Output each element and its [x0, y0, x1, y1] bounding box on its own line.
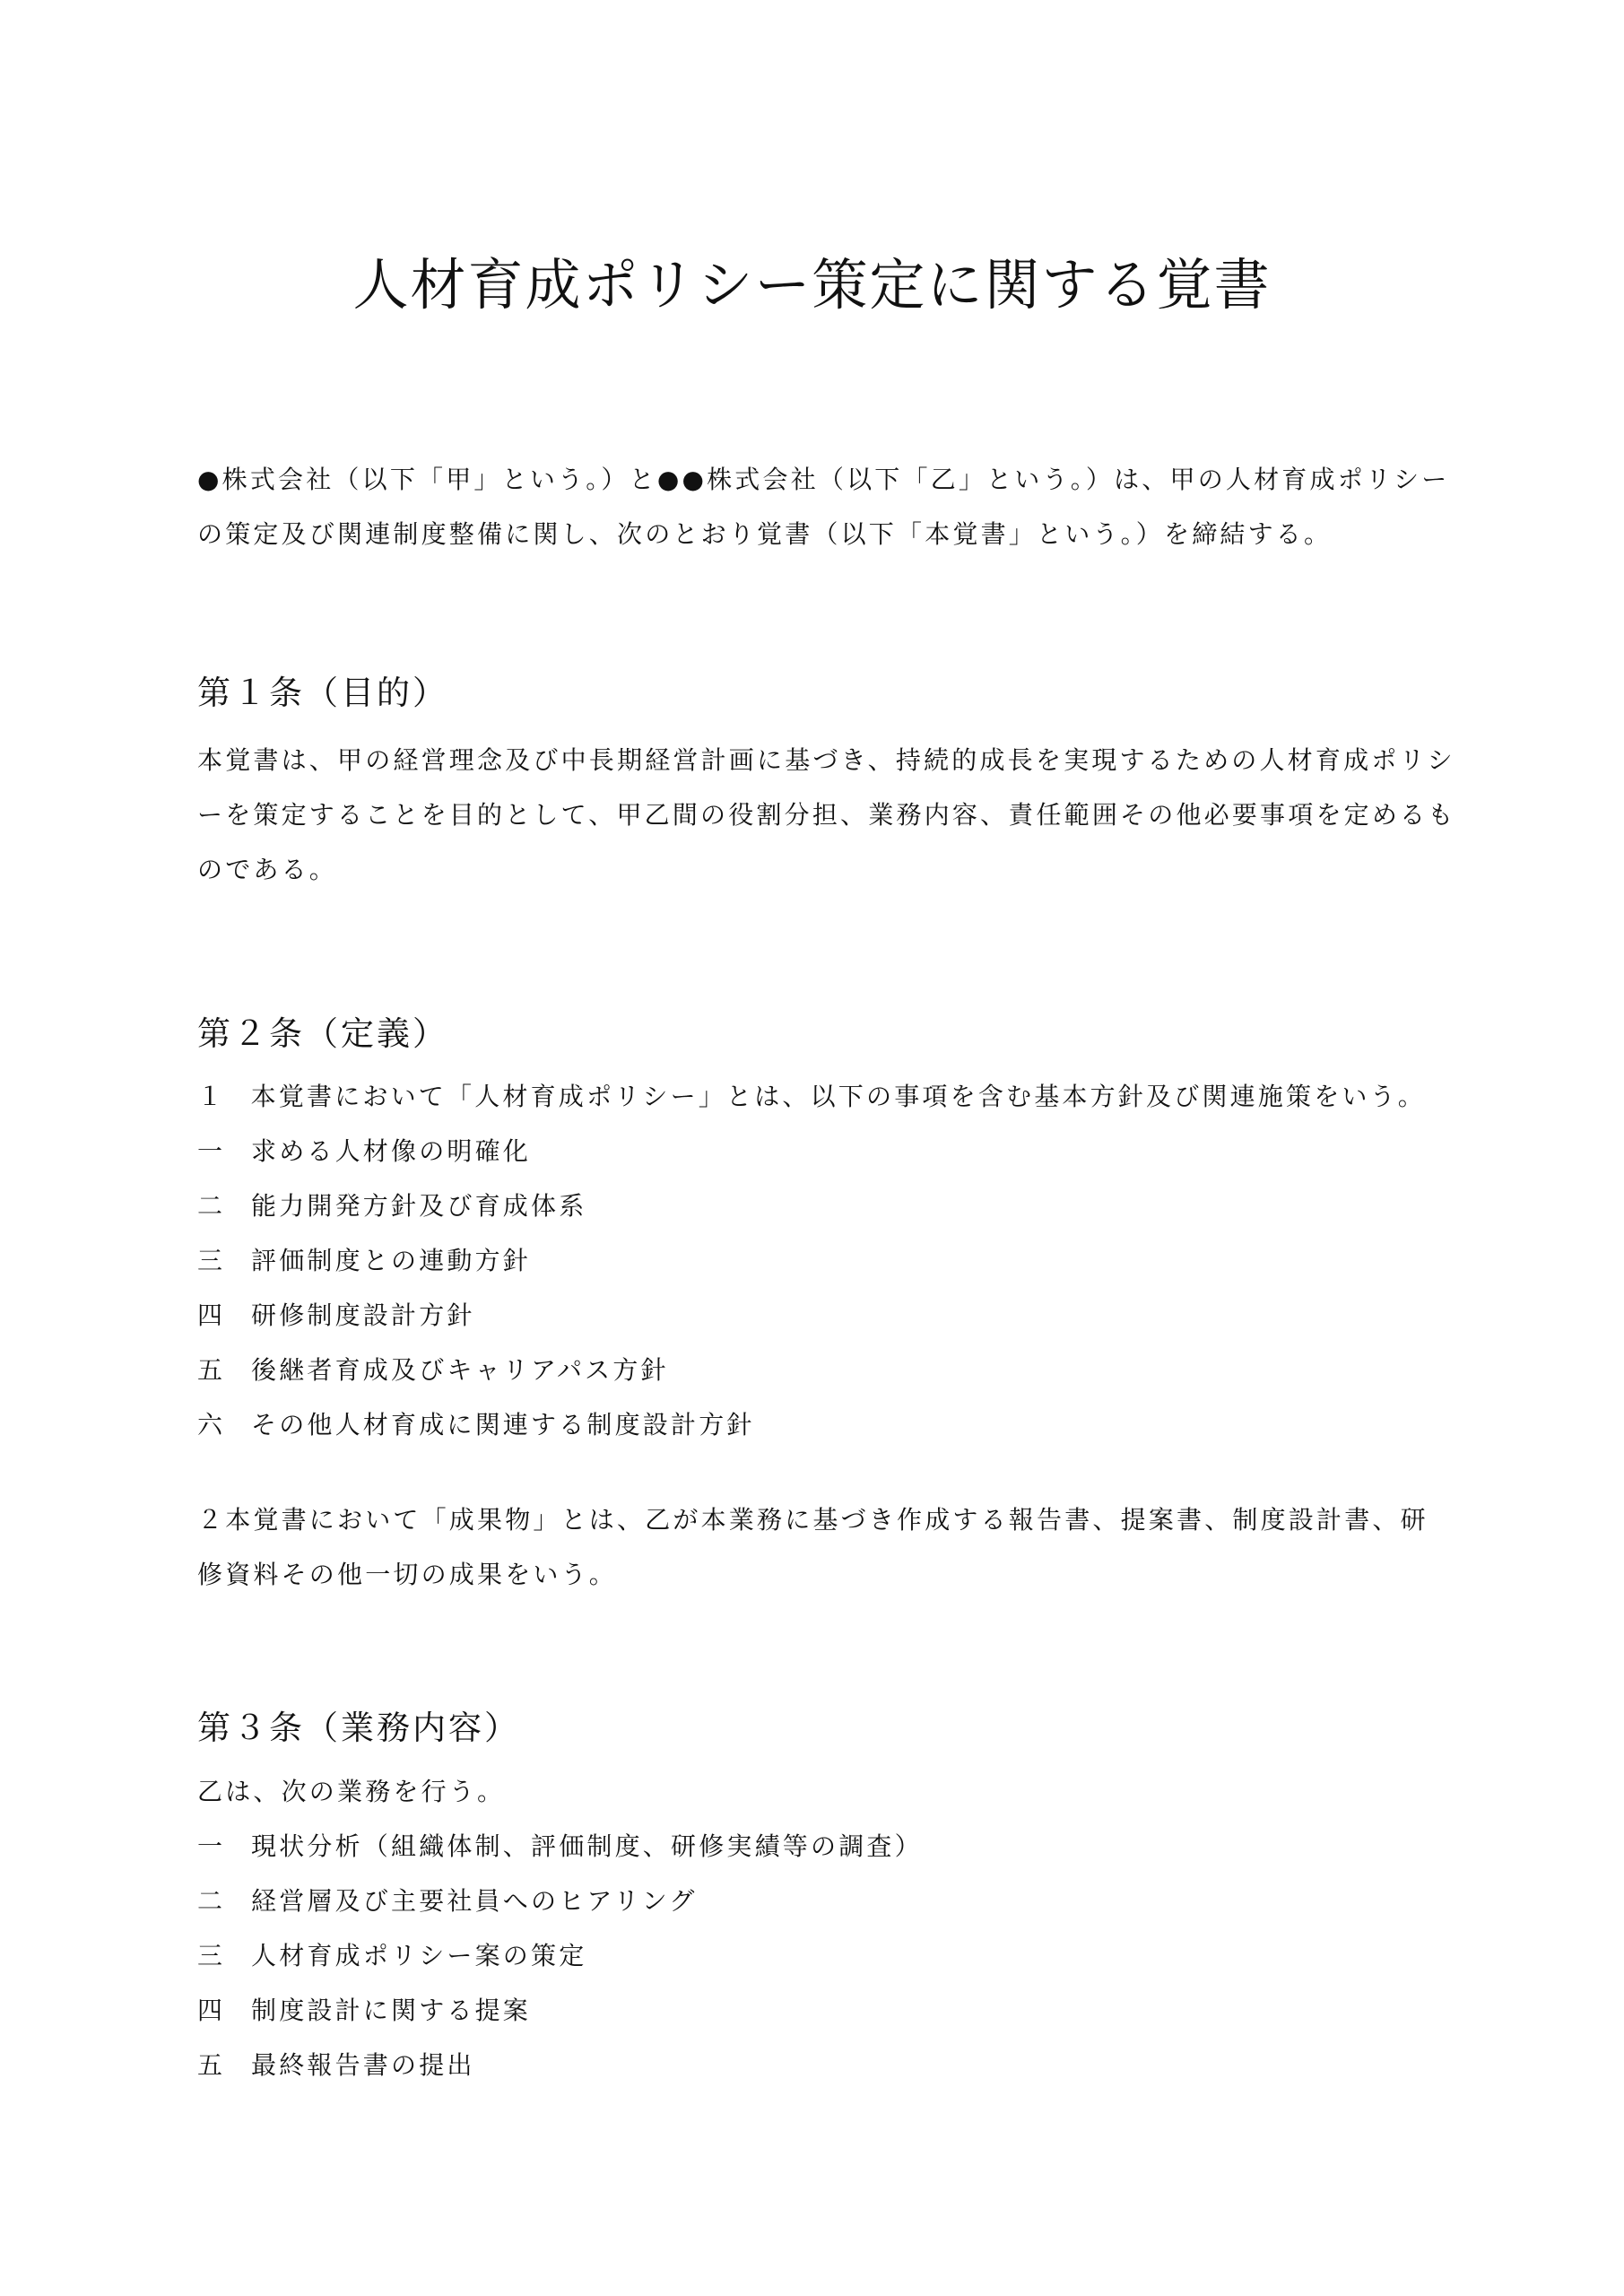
article-2-clause-1: １ 本覚書において「人材育成ポリシー」とは、以下の事項を含む基本方針及び関連施策…	[197, 1069, 1426, 1452]
item-number: 三	[197, 1928, 251, 1983]
list-item: 一 求める人材像の明確化	[197, 1124, 1426, 1178]
item-text: 評価制度との連動方針	[251, 1233, 531, 1288]
article-2-heading: 第２条（定義）	[197, 1012, 448, 1057]
preamble-line: ●株式会社（以下「甲」という。）と●●株式会社（以下「乙」という。）は、甲の人材…	[197, 452, 1426, 507]
item-text: 研修制度設計方針	[251, 1288, 475, 1343]
list-item: 三 評価制度との連動方針	[197, 1233, 1426, 1288]
list-item: 一 現状分析（組織体制、評価制度、研修実績等の調査）	[197, 1819, 1426, 1874]
item-number: 三	[197, 1233, 251, 1288]
list-item: 二 経営層及び主要社員へのヒアリング	[197, 1874, 1426, 1928]
clause-2: ２ 本覚書において「成果物」とは、乙が本業務に基づき作成する報告書、提案書、制度…	[197, 1492, 1426, 1547]
list-item: 六 その他人材育成に関連する制度設計方針	[197, 1397, 1426, 1452]
article-3-body: 乙は、次の業務を行う。 一 現状分析（組織体制、評価制度、研修実績等の調査） 二…	[197, 1764, 1426, 2092]
clause-text-continued: 修資料その他一切の成果をいう。	[197, 1547, 1426, 1602]
preamble-line: の策定及び関連制度整備に関し、次のとおり覚書（以下「本覚書」という。）を締結する…	[197, 507, 1426, 561]
clause-text: 本覚書において「成果物」とは、乙が本業務に基づき作成する報告書、提案書、制度設計…	[225, 1492, 1429, 1547]
clause-1: １ 本覚書において「人材育成ポリシー」とは、以下の事項を含む基本方針及び関連施策…	[197, 1069, 1426, 1124]
item-text: その他人材育成に関連する制度設計方針	[251, 1397, 755, 1452]
item-number: 六	[197, 1397, 251, 1452]
article-1-line: ーを策定することを目的として、甲乙間の役割分担、業務内容、責任範囲その他必要事項…	[197, 787, 1426, 842]
item-text: 制度設計に関する提案	[251, 1983, 531, 2038]
clause-text: 本覚書において「人材育成ポリシー」とは、以下の事項を含む基本方針及び関連施策をい…	[251, 1069, 1426, 1124]
article-3-heading: 第３条（業務内容）	[197, 1706, 520, 1751]
item-text: 人材育成ポリシー案の策定	[251, 1928, 586, 1983]
list-item: 二 能力開発方針及び育成体系	[197, 1178, 1426, 1233]
article-3-intro: 乙は、次の業務を行う。	[197, 1764, 1426, 1819]
item-text: 経営層及び主要社員へのヒアリング	[251, 1874, 698, 1928]
item-number: 四	[197, 1983, 251, 2038]
preamble: ●株式会社（以下「甲」という。）と●●株式会社（以下「乙」という。）は、甲の人材…	[197, 452, 1426, 561]
document-page: 人材育成ポリシー策定に関する覚書 ●株式会社（以下「甲」という。）と●●株式会社…	[0, 0, 1624, 2296]
item-text: 能力開発方針及び育成体系	[251, 1178, 586, 1233]
item-text: 最終報告書の提出	[251, 2038, 475, 2092]
item-number: 五	[197, 1343, 251, 1397]
list-item: 五 最終報告書の提出	[197, 2038, 1426, 2092]
item-text: 求める人材像の明確化	[251, 1124, 531, 1178]
list-item: 三 人材育成ポリシー案の策定	[197, 1928, 1426, 1983]
article-1-heading: 第１条（目的）	[197, 671, 448, 716]
item-number: 四	[197, 1288, 251, 1343]
document-title: 人材育成ポリシー策定に関する覚書	[0, 248, 1624, 323]
item-number: 二	[197, 1178, 251, 1233]
item-number: 二	[197, 1874, 251, 1928]
article-1-body: 本覚書は、甲の経営理念及び中長期経営計画に基づき、持続的成長を実現するための人材…	[197, 733, 1426, 897]
article-1-line: 本覚書は、甲の経営理念及び中長期経営計画に基づき、持続的成長を実現するための人材…	[197, 733, 1426, 787]
item-number: 一	[197, 1819, 251, 1874]
item-number: 一	[197, 1124, 251, 1178]
item-text: 現状分析（組織体制、評価制度、研修実績等の調査）	[251, 1819, 923, 1874]
article-1-line: のである。	[197, 842, 1426, 897]
article-2-clause-2: ２ 本覚書において「成果物」とは、乙が本業務に基づき作成する報告書、提案書、制度…	[197, 1492, 1426, 1602]
list-item: 四 制度設計に関する提案	[197, 1983, 1426, 2038]
list-item: 四 研修制度設計方針	[197, 1288, 1426, 1343]
clause-number: １	[197, 1069, 251, 1124]
item-number: 五	[197, 2038, 251, 2092]
item-text: 後継者育成及びキャリアパス方針	[251, 1343, 669, 1397]
clause-number: ２	[197, 1492, 225, 1547]
list-item: 五 後継者育成及びキャリアパス方針	[197, 1343, 1426, 1397]
